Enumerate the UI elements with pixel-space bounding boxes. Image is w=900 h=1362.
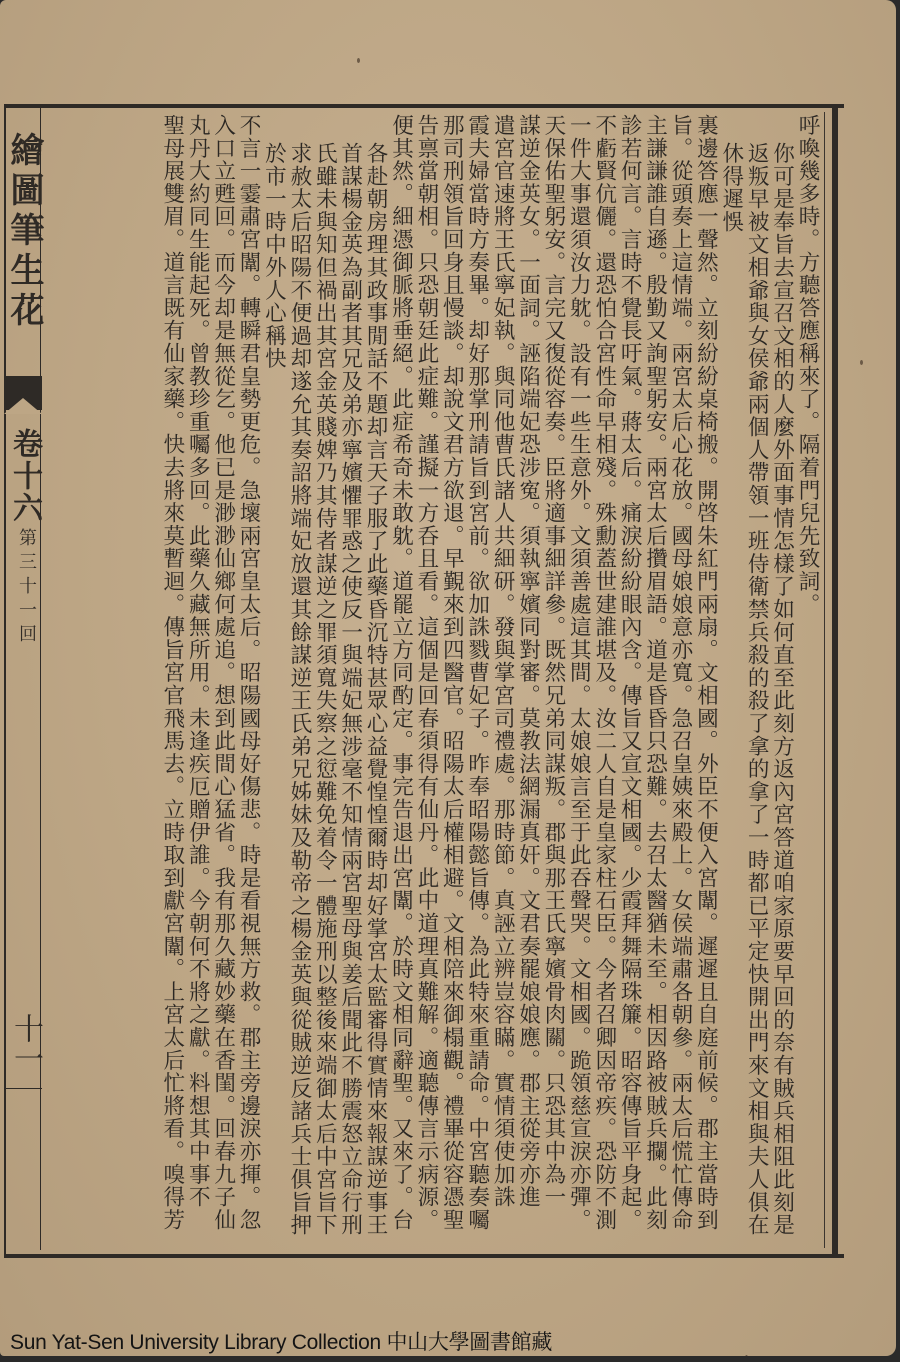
text-column: 入口立甦回。而今却是無從乞。他已是渺渺仙鄉何處追。想到此間心猛省。我有那久藏妙藥… — [210, 112, 236, 1248]
text-column: 謀逆金英女。一面詞。誣陷端妃恐涉寃。須執寧嬪同對審。莫教法網漏真奸。文君奏罷娘娘… — [515, 112, 541, 1248]
text-column: 不虧賢伉儷。還恐怕合宮性命早相殘。殊勳蓋世建誰堪及。汝二人自是皇家柱石臣。今者召… — [591, 112, 617, 1248]
text-column: 於市一時中外人心稱快 — [260, 112, 286, 1248]
library-watermark: Sun Yat-Sen University Library Collectio… — [10, 1326, 552, 1356]
text-column: 告禀當朝相。只恐朝廷此症難。謹擬一方呑且看。這個是回春須得有仙丹。此中道理真難解… — [413, 112, 439, 1248]
text-column: 診若何言。言時不覺長吁氣。蔣太后。痛淚紛紛眼內含。傳旨又宣文相國。少霞拜舞隔珠簾… — [616, 112, 642, 1248]
page-border-inner-rule — [824, 112, 825, 1248]
text-column: 各赴朝房理其政事閒話不題却言天子服了此藥昏沉特甚眾心益覺惶惶爾時却好掌宮太監審得… — [362, 112, 388, 1248]
text-column: 氏雖未與知但禍出其宮金英賤婢乃其侍者謀逆之罪須寬失察之愆難免着令一體施刑以整後來… — [311, 112, 337, 1248]
text-column: 霞夫婦當時方奏畢。却好那掌刑請旨到宮前。欲加誅戮曹妃子。昨奉昭陽懿旨傳。為此特來… — [464, 112, 490, 1248]
book-title: 繪圖筆生花 — [6, 132, 42, 332]
text-column: 主謙謙誰自遜。殷勤又詢聖躬安。兩宮太后攢眉語。道是昏昏只恐難。去召太醫猶未至。相… — [642, 112, 668, 1248]
page-number: 十一 — [8, 1013, 42, 1073]
text-column: 那司刑領旨回身且慢談。却說文君方欲退。早覲來到四醫官。昭陽太后權相避。文相陪來御… — [438, 112, 464, 1248]
text-column: 丸丹大約同生能起死。曾教珍重囑多回。此藥久藏無所用。未逢疾厄贈伊誰。今朝何不將之… — [184, 112, 210, 1248]
text-column: 遣宮官速將王氏寧妃執。與同他曹氏諸人共細研。發與掌宮司禮處。那時節。真誣立辨豈容… — [489, 112, 515, 1248]
text-column: 旨。從頭奏上這情端。兩宮太后心花放。國母娘娘意亦寬。急召皇姨來殿上。女侯端肅各朝… — [667, 112, 693, 1248]
paper-speck — [860, 360, 863, 365]
text-column: 求赦太后昭陽不便過却遂允其奏詔將端妃放還其餘謀逆王氏弟兄姊妹及勒帝之楊金英與從賊… — [286, 112, 312, 1248]
text-column: 休得遲悞 — [718, 112, 744, 1248]
spine-column: 繪圖筆生花 卷十六 第三十一回 十一 — [4, 108, 41, 1250]
text-column: 裏邊答應一聲然。立刻紛紛桌椅搬。開啓朱紅門兩扇。文相國。外臣不便入宮闈。遲遲且自… — [692, 112, 718, 1248]
text-column: 天保佑聖躬安。言完又復從容奏。臣將適事細詳參。既然兄弟同謀叛。郡與那王氏寧嬪骨肉… — [540, 112, 566, 1248]
volume-label: 卷十六 — [7, 428, 41, 524]
text-body: 呼喚幾多時。方聽答應稱來了。隔着門兒先致詞。 你可是奉旨去宣召文相的人麼外面事情… — [44, 112, 820, 1248]
text-column: 不言一霎肅宮闈。轉瞬君皇勢更危。急壞兩宮皇太后。昭陽國母好傷悲。時是看視無方救。… — [235, 112, 261, 1248]
text-column: 便其然。細憑御脈將垂絕。此症希奇未敢躭。道罷立方同酌定。事完告退出宮闈。於時文相… — [388, 112, 414, 1248]
text-column: 首謀楊金英為副者其兄及弟亦寧嬪懼罪惑之使反一與端妃無涉毫不知情兩宮聖母與姜后聞此… — [337, 112, 363, 1248]
paper-speck — [745, 1355, 748, 1356]
text-column: 你可是奉旨去宣召文相的人麼外面事情怎樣了如何直至此刻方返內宮答道咱家原要早回的奈… — [769, 112, 795, 1248]
fishtail-notch — [4, 398, 42, 414]
paper-speck — [357, 58, 360, 63]
page-border-right — [832, 104, 838, 1254]
text-column: 呼喚幾多時。方聽答應稱來了。隔着門兒先致詞。 — [794, 112, 820, 1248]
book-page: 繪圖筆生花 卷十六 第三十一回 十一 呼喚幾多時。方聽答應稱來了。隔着門兒先致詞… — [0, 0, 896, 1356]
text-column: 返叛早被文相爺與女侯爺兩個人帶領一班侍衛禁兵殺的殺了拿的拿了一時都已平定快開出門… — [743, 112, 769, 1248]
text-column: 聖母展雙眉。道言既有仙家藥。快去將來莫暫迴。傳旨宮官飛馬去。立時取到獻宮闈。上宮… — [159, 112, 185, 1248]
page-number-rule — [4, 1088, 42, 1089]
chapter-label: 第三十一回 — [16, 528, 36, 648]
text-column: 一件大事還須汝力躭。設有一些生意外。文須善處這其間。太娘娘言至于此吞聲哭。文相國… — [565, 112, 591, 1248]
